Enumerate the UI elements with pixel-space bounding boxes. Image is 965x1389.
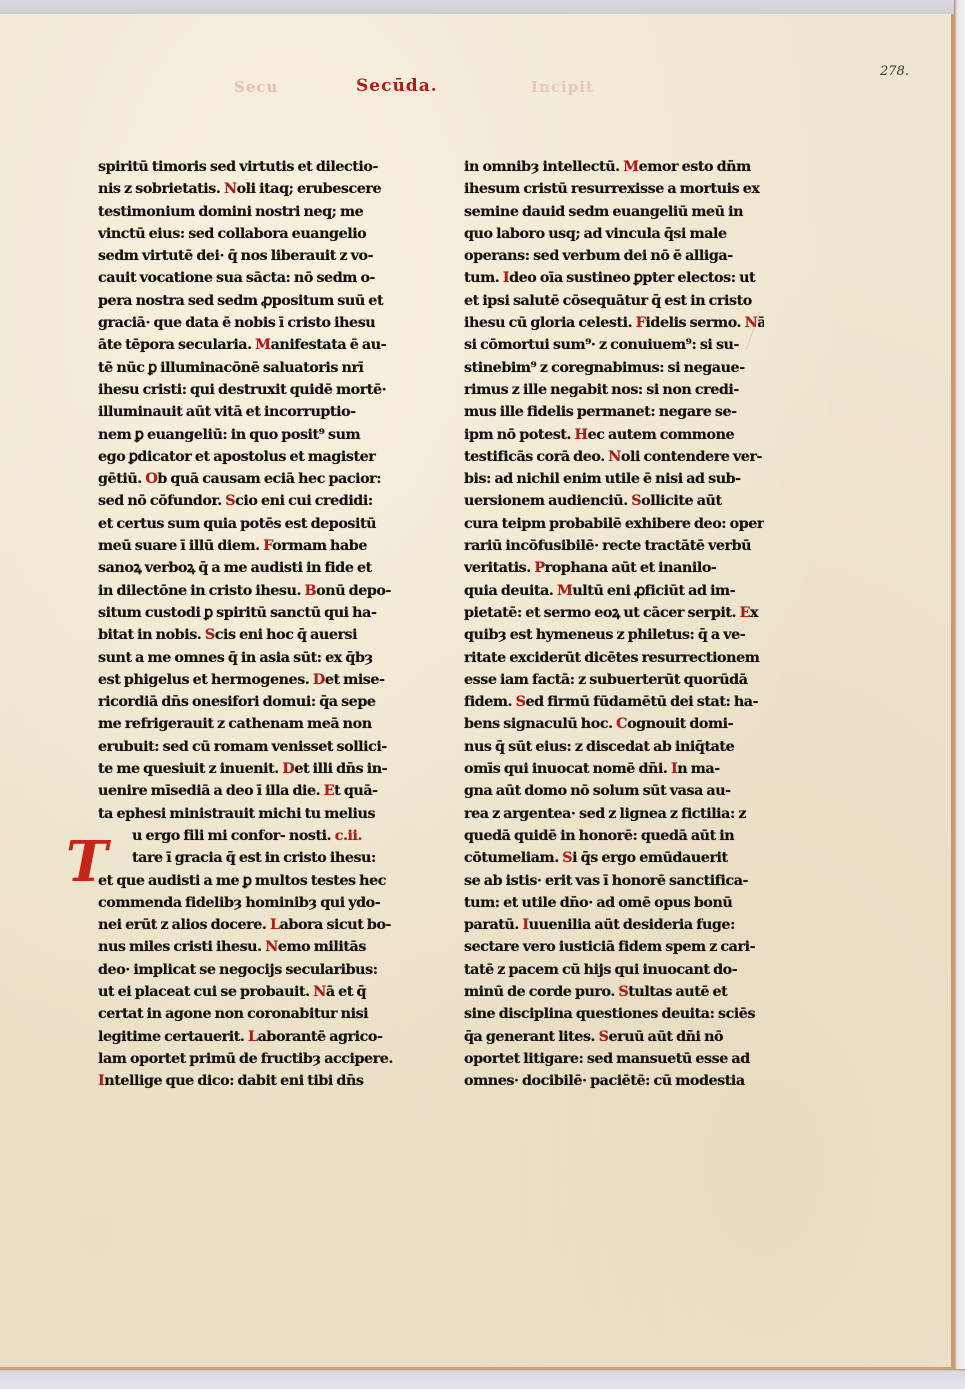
line-text: deo oīa sustineo ꝑpter electos: ut xyxy=(509,270,755,286)
line-text: mus ille fidelis permanet: negare se- xyxy=(464,404,737,420)
rubricated-letter: E xyxy=(740,605,750,621)
line-text: te me quesiuit z inuenit. xyxy=(98,761,282,777)
line-text: ut ei placeat cui se probauit. xyxy=(98,984,313,1000)
text-line: pietatē: et sermo eoꝝ ut cācer serpit. E… xyxy=(464,602,764,624)
line-text: tatē z pacem cū hijs qui inuocant do- xyxy=(464,962,737,978)
text-column-right: in omnibȝ intellectū. Memor esto dn̄mihe… xyxy=(464,156,764,1092)
line-text: quia deuita. xyxy=(464,583,557,599)
line-text: cōtumeliam. xyxy=(464,850,562,866)
text-line: sedm virtutē dei· q̄ nos liberauit z vo- xyxy=(98,245,398,267)
text-line: vinctū eius: sed collabora euangelio xyxy=(98,223,398,245)
line-text: uenire mīsediā a deo ī illa die. xyxy=(98,783,324,799)
text-line: rimus z ille negabit nos: si non credi- xyxy=(464,379,764,401)
folio-number: 278. xyxy=(880,64,909,79)
text-line: ut ei placeat cui se probauit. Nā et q̄ xyxy=(98,981,398,1003)
text-line: nei erūt z alios docere. Labora sicut bo… xyxy=(98,914,398,936)
text-line: erubuit: sed cū romam venisset sollici- xyxy=(98,736,398,758)
line-text: emo militās xyxy=(278,939,366,955)
line-text: est phigelus et hermogenes. xyxy=(98,672,313,688)
text-line: testificās corā deo. Noli contendere ver… xyxy=(464,446,764,468)
line-text: et que audisti a me ꝑ multos testes hec xyxy=(98,873,386,889)
text-line: lam oportet primū de fructibȝ accipere. xyxy=(98,1048,398,1070)
line-text: spiritū timoris sed virtutis et dilectio… xyxy=(98,159,378,175)
text-line: est phigelus et hermogenes. Det mise- xyxy=(98,669,398,691)
text-line: et ipsi salutē cōsequātur q̄ est in cris… xyxy=(464,290,764,312)
scan-background-top xyxy=(0,0,965,14)
text-line: et certus sum quia potēs est depositū xyxy=(98,513,398,535)
line-text: situm custodi ꝑ spiritū sanctū qui ha- xyxy=(98,605,376,621)
line-text: certat in agone non coronabitur nisi xyxy=(98,1006,368,1022)
line-text: sunt a me omnes q̄ in asia sūt: ex q̄bȝ xyxy=(98,650,373,666)
text-line: quo laboro usq; ad vincula q̄si male xyxy=(464,223,764,245)
line-text: i q̄s ergo emūdauerit xyxy=(572,850,728,866)
line-text: ipm nō potest. xyxy=(464,427,575,443)
text-line: quedā quidē in honorē: quedā aūt in xyxy=(464,825,764,847)
manuscript-page: Secu Secūda. Incipit 278. T spiritū timo… xyxy=(0,14,954,1369)
text-line: q̄a generant lites. Seruū aūt dn̄i nō xyxy=(464,1026,764,1048)
line-text: quo laboro usq; ad vincula q̄si male xyxy=(464,226,727,242)
line-text: ego ꝑdicator et apostolus et magister xyxy=(98,449,375,465)
running-head: Secu Secūda. Incipit xyxy=(0,76,954,100)
text-line: semine dauid sedm euangeliū meū in xyxy=(464,201,764,223)
rubricated-letter: N xyxy=(224,181,237,197)
line-text: ntellige que dico: dabit eni tibi dn̄s xyxy=(104,1073,363,1089)
line-text: me refrigerauit z cathenam meā non xyxy=(98,716,372,732)
line-text: omīs qui inuocat nomē dn̄i. xyxy=(464,761,671,777)
line-text: omnes· docibilē· paciētē: cū modestia xyxy=(464,1073,745,1089)
rubricated-letter: S xyxy=(516,694,526,710)
line-text: fidem. xyxy=(464,694,516,710)
line-text: ognouit domi- xyxy=(627,716,733,732)
line-text: tultas autē et xyxy=(628,984,727,1000)
rubricated-letter: S xyxy=(618,984,628,1000)
line-text: bitat in nobis. xyxy=(98,627,205,643)
line-text: uuenilia aūt desideria fuge: xyxy=(529,917,735,933)
text-line: tum. Ideo oīa sustineo ꝑpter electos: ut xyxy=(464,267,764,289)
line-text: āte tēpora secularia. xyxy=(98,337,255,353)
line-text: ricordiā dn̄s onesifori domui: q̄a sepe xyxy=(98,694,376,710)
line-text: t quā- xyxy=(334,783,377,799)
line-text: in dilectōne in cristo ihesu. xyxy=(98,583,305,599)
text-line: ricordiā dn̄s onesifori domui: q̄a sepe xyxy=(98,691,398,713)
line-text: gna aūt domo nō solum sūt vasa au- xyxy=(464,783,731,799)
text-line: si cōmortui sum⁹· z conuiuem⁹: si su- xyxy=(464,334,764,356)
line-text: erubuit: sed cū romam venisset sollici- xyxy=(98,739,387,755)
text-line: oportet litigare: sed mansuetū esse ad xyxy=(464,1048,764,1070)
line-text: x xyxy=(750,605,758,621)
text-line: sanoꝝ verboꝝ q̄ a me audisti in fide et xyxy=(98,557,398,579)
line-text: ormam habe xyxy=(272,538,367,554)
text-line: deo· implicat se negocijs secularibus: xyxy=(98,959,398,981)
line-text: ihesu cū gloria celesti. xyxy=(464,315,636,331)
text-line: graciā· que data ē nobis ī cristo ihesu xyxy=(98,312,398,334)
text-line: ihesum cristū resurrexisse a mortuis ex xyxy=(464,178,764,200)
line-text: rariū incōfusibilē· recte tractātē verbū xyxy=(464,538,751,554)
text-line: ritate exciderūt dicētes resurrectionem xyxy=(464,647,764,669)
line-text: ed firmū fūdamētū dei stat: ha- xyxy=(525,694,758,710)
text-line: certat in agone non coronabitur nisi xyxy=(98,1003,398,1025)
text-line: omnes· docibilē· paciētē: cū modestia xyxy=(464,1070,764,1092)
scan-background-right xyxy=(954,0,965,1389)
text-line: operans: sed verbum dei nō ē alliga- xyxy=(464,245,764,267)
text-line: nem ꝑ euangeliū: in quo posit⁹ sum xyxy=(98,424,398,446)
line-text: commenda fidelibȝ hominibȝ qui ydo- xyxy=(98,895,380,911)
text-line: nis z sobrietatis. Noli itaq; erubescere xyxy=(98,178,398,200)
line-text: nem ꝑ euangeliū: in quo posit⁹ sum xyxy=(98,427,360,443)
text-line: me refrigerauit z cathenam meā non xyxy=(98,713,398,735)
line-text: veritatis. xyxy=(464,560,534,576)
rubricated-letter: N xyxy=(313,984,326,1000)
line-text: q̄a generant lites. xyxy=(464,1029,599,1045)
line-text: gētiū. xyxy=(98,471,145,487)
line-text: tum: et utile dn̄o· ad omē opus bonū xyxy=(464,895,732,911)
rubricated-letter: S xyxy=(562,850,572,866)
text-line: paratū. Iuuenilia aūt desideria fuge: xyxy=(464,914,764,936)
text-line: tum: et utile dn̄o· ad omē opus bonū xyxy=(464,892,764,914)
line-text: emor esto dn̄m xyxy=(639,159,751,175)
text-line: esse iam factā: z subuerterūt quorūdā xyxy=(464,669,764,691)
line-text: nei erūt z alios docere. xyxy=(98,917,270,933)
line-text: sanoꝝ verboꝝ q̄ a me audisti in fide et xyxy=(98,560,372,576)
rubricated-letter: N xyxy=(608,449,621,465)
line-text: sectare vero iusticiā fidem spem z cari- xyxy=(464,939,755,955)
line-text: oli contendere ver- xyxy=(621,449,762,465)
line-text: bis: ad nichil enim utile ē nisi ad sub- xyxy=(464,471,741,487)
rubricated-letter: S xyxy=(225,493,235,509)
line-text: ultū eni ꝓficiūt ad im- xyxy=(572,583,735,599)
rubricated-letter: F xyxy=(263,538,272,554)
text-line: omīs qui inuocat nomē dn̄i. In ma- xyxy=(464,758,764,780)
rubricated-letter: M xyxy=(623,159,638,175)
text-line: ta ephesi ministrauit michi tu melius xyxy=(98,803,398,825)
text-line: sunt a me omnes q̄ in asia sūt: ex q̄bȝ xyxy=(98,647,398,669)
line-text: sedm virtutē dei· q̄ nos liberauit z vo- xyxy=(98,248,373,264)
text-line: ihesu cū gloria celesti. Fidelis sermo. … xyxy=(464,312,764,334)
text-line: āte tēpora secularia. Manifestata ē au- xyxy=(98,334,398,356)
line-text: idelis sermo. xyxy=(645,315,744,331)
rubricated-letter: D xyxy=(282,761,294,777)
line-text: in omnibȝ intellectū. xyxy=(464,159,623,175)
text-line: in dilectōne in cristo ihesu. Bonū depo- xyxy=(98,580,398,602)
line-text: testificās corā deo. xyxy=(464,449,608,465)
text-line: sine disciplina questiones deuita: sciēs xyxy=(464,1003,764,1025)
line-text: ihesum cristū resurrexisse a mortuis ex xyxy=(464,181,760,197)
text-line: meū suare ī illū diem. Formam habe xyxy=(98,535,398,557)
text-line: fidem. Sed firmū fūdamētū dei stat: ha- xyxy=(464,691,764,713)
line-text: legitime certauerit. xyxy=(98,1029,248,1045)
line-text: meū suare ī illū diem. xyxy=(98,538,263,554)
line-text: pietatē: et sermo eoꝝ ut cācer serpit. xyxy=(464,605,740,621)
text-line: illuminauit aūt vitā et incorruptio- xyxy=(98,401,398,423)
text-line: quia deuita. Multū eni ꝓficiūt ad im- xyxy=(464,580,764,602)
line-text: graciā· que data ē nobis ī cristo ihesu xyxy=(98,315,375,331)
text-line: cura teipm probabilē exhibere deo: oper- xyxy=(464,513,764,535)
line-text: anifestata ē au- xyxy=(271,337,387,353)
line-text: tum. xyxy=(464,270,503,286)
running-head-show-through-right: Incipit xyxy=(531,78,594,96)
line-text: deo· implicat se negocijs secularibus: xyxy=(98,962,378,978)
line-text: stinebim⁹ z coregnabimus: si negaue- xyxy=(464,360,745,376)
line-text: cis eni hoc q̄ auersi xyxy=(215,627,357,643)
line-text: n ma- xyxy=(677,761,719,777)
line-text: cio eni cui credidi: xyxy=(235,493,373,509)
line-text: esse iam factā: z subuerterūt quorūdā xyxy=(464,672,748,688)
line-text: nus miles cristi ihesu. xyxy=(98,939,265,955)
line-text: ollicite aūt xyxy=(641,493,722,509)
line-text: abora sicut bo- xyxy=(280,917,391,933)
rubricated-letter: O xyxy=(145,471,157,487)
line-text: et ipsi salutē cōsequātur q̄ est in cris… xyxy=(464,293,752,309)
line-text: semine dauid sedm euangeliū meū in xyxy=(464,204,743,220)
rubricated-letter: M xyxy=(255,337,270,353)
line-text: et certus sum quia potēs est depositū xyxy=(98,516,376,532)
rubricated-letter: c.ii. xyxy=(331,828,362,844)
rubricated-letter: S xyxy=(205,627,215,643)
text-line: gna aūt domo nō solum sūt vasa au- xyxy=(464,780,764,802)
text-line: stinebim⁹ z coregnabimus: si negaue- xyxy=(464,357,764,379)
text-line: et que audisti a me ꝑ multos testes hec xyxy=(98,870,398,892)
text-column-left: spiritū timoris sed virtutis et dilectio… xyxy=(98,156,398,1092)
line-text: rimus z ille negabit nos: si non credi- xyxy=(464,382,739,398)
text-line: situm custodi ꝑ spiritū sanctū qui ha- xyxy=(98,602,398,624)
text-line: se ab istis· erit vas ī honorē sanctific… xyxy=(464,870,764,892)
line-text: aborantē agrico- xyxy=(258,1029,383,1045)
text-line: bens signaculū hoc. Cognouit domi- xyxy=(464,713,764,735)
line-text: ta ephesi ministrauit michi tu melius xyxy=(98,806,375,822)
text-line: ego ꝑdicator et apostolus et magister xyxy=(98,446,398,468)
line-text: nus q̄ sūt eius: z discedat ab iniq̄tate xyxy=(464,739,734,755)
text-line: rea z argentea· sed z lignea z fictilia:… xyxy=(464,803,764,825)
text-line: in omnibȝ intellectū. Memor esto dn̄m xyxy=(464,156,764,178)
line-text: quibȝ est hymeneus z philetus: q̄ a ve- xyxy=(464,627,745,643)
line-text: ritate exciderūt dicētes resurrectionem xyxy=(464,650,759,666)
text-line: testimonium domini nostri neq; me xyxy=(98,201,398,223)
text-line: legitime certauerit. Laborantē agrico- xyxy=(98,1026,398,1048)
text-line: te me quesiuit z inuenit. Det illi dn̄s … xyxy=(98,758,398,780)
line-text: sine disciplina questiones deuita: sciēs xyxy=(464,1006,755,1022)
line-text: sed nō cōfundor. xyxy=(98,493,225,509)
line-text: vinctū eius: sed collabora euangelio xyxy=(98,226,366,242)
text-line: tare ī gracia q̄ est in cristo ihesu: xyxy=(98,847,398,869)
text-line: ihesu cristi: qui destruxit quidē mortē· xyxy=(98,379,398,401)
rubricated-letter: D xyxy=(313,672,325,688)
rubricated-letter: S xyxy=(631,493,641,509)
line-text: quedā quidē in honorē: quedā aūt in xyxy=(464,828,734,844)
rubricated-letter: S xyxy=(599,1029,609,1045)
text-line: uenire mīsediā a deo ī illa die. Et quā- xyxy=(98,780,398,802)
text-line: sed nō cōfundor. Scio eni cui credidi: xyxy=(98,490,398,512)
line-text: tē nūc ꝑ illuminacōnē saluatoris nrī xyxy=(98,360,364,376)
line-text: uersionem audienciū. xyxy=(464,493,631,509)
text-line: cōtumeliam. Si q̄s ergo emūdauerit xyxy=(464,847,764,869)
text-line: gētiū. Ob quā causam eciā hec pacior: xyxy=(98,468,398,490)
rubricated-letter: P xyxy=(534,560,544,576)
text-line: spiritū timoris sed virtutis et dilectio… xyxy=(98,156,398,178)
line-text: si cōmortui sum⁹· z conuiuem⁹: si su- xyxy=(464,337,739,353)
text-line: pera nostra sed sedm ꝓpositum suū et xyxy=(98,290,398,312)
text-line: bitat in nobis. Scis eni hoc q̄ auersi xyxy=(98,624,398,646)
line-text: onū depo- xyxy=(316,583,391,599)
rubricated-letter: B xyxy=(305,583,317,599)
line-text: b quā causam eciā hec pacior: xyxy=(157,471,381,487)
line-text: et illi dn̄s in- xyxy=(294,761,387,777)
running-head-title: Secūda. xyxy=(356,76,438,96)
text-line: mus ille fidelis permanet: negare se- xyxy=(464,401,764,423)
text-line: u ergo fili mi confor- nosti. c.ii. xyxy=(98,825,398,847)
line-text: minū de corde puro. xyxy=(464,984,618,1000)
rubricated-letter: L xyxy=(248,1029,258,1045)
line-text: ā et q̄ xyxy=(326,984,366,1000)
text-line: commenda fidelibȝ hominibȝ qui ydo- xyxy=(98,892,398,914)
line-text: bens signaculū hoc. xyxy=(464,716,616,732)
line-text: oportet litigare: sed mansuetū esse ad xyxy=(464,1051,750,1067)
line-text: operans: sed verbum dei nō ē alliga- xyxy=(464,248,733,264)
text-line: ipm nō potest. Hec autem commone xyxy=(464,424,764,446)
line-text: u ergo fili mi confor- nosti. xyxy=(132,828,331,844)
rubricated-letter: L xyxy=(270,917,280,933)
text-line: uersionem audienciū. Sollicite aūt xyxy=(464,490,764,512)
rubricated-letter: F xyxy=(636,315,646,331)
rubricated-letter: M xyxy=(557,583,572,599)
line-text: et mise- xyxy=(325,672,385,688)
line-text: oli itaq; erubescere xyxy=(237,181,382,197)
line-text: eruū aūt dn̄i nō xyxy=(608,1029,723,1045)
line-text: se ab istis· erit vas ī honorē sanctific… xyxy=(464,873,748,889)
line-text: testimonium domini nostri neq; me xyxy=(98,204,363,220)
text-line: bis: ad nichil enim utile ē nisi ad sub- xyxy=(464,468,764,490)
line-text: cura teipm probabilē exhibere deo: oper- xyxy=(464,516,764,532)
rubricated-letter: N xyxy=(265,939,278,955)
running-head-show-through-left: Secu xyxy=(234,78,278,96)
line-text: tare ī gracia q̄ est in cristo ihesu: xyxy=(132,850,376,866)
text-line: tatē z pacem cū hijs qui inuocant do- xyxy=(464,959,764,981)
text-line: quibȝ est hymeneus z philetus: q̄ a ve- xyxy=(464,624,764,646)
text-line: Intellige que dico: dabit eni tibi dn̄s xyxy=(98,1070,398,1092)
scan-background-bottom xyxy=(0,1369,965,1389)
text-line: nus miles cristi ihesu. Nemo militās xyxy=(98,936,398,958)
line-text: paratū. xyxy=(464,917,522,933)
line-text: lam oportet primū de fructibȝ accipere. xyxy=(98,1051,393,1067)
line-text: nis z sobrietatis. xyxy=(98,181,224,197)
text-line: cauit vocatione sua sācta: nō sedm o- xyxy=(98,267,398,289)
line-text: ec autem commone xyxy=(588,427,735,443)
line-text: pera nostra sed sedm ꝓpositum suū et xyxy=(98,293,383,309)
line-text: rophana aūt et inanilo- xyxy=(545,560,717,576)
line-text: cauit vocatione sua sācta: nō sedm o- xyxy=(98,270,375,286)
text-line: veritatis. Prophana aūt et inanilo- xyxy=(464,557,764,579)
text-line: rariū incōfusibilē· recte tractātē verbū xyxy=(464,535,764,557)
text-line: minū de corde puro. Stultas autē et xyxy=(464,981,764,1003)
rubricated-letter: H xyxy=(575,427,588,443)
text-line: sectare vero iusticiā fidem spem z cari- xyxy=(464,936,764,958)
line-text: ihesu cristi: qui destruxit quidē mortē· xyxy=(98,382,386,398)
line-text: illuminauit aūt vitā et incorruptio- xyxy=(98,404,356,420)
rubricated-letter: C xyxy=(616,716,627,732)
text-line: nus q̄ sūt eius: z discedat ab iniq̄tate xyxy=(464,736,764,758)
rubricated-letter: E xyxy=(324,783,334,799)
line-text: rea z argentea· sed z lignea z fictilia:… xyxy=(464,806,746,822)
text-line: tē nūc ꝑ illuminacōnē saluatoris nrī xyxy=(98,357,398,379)
